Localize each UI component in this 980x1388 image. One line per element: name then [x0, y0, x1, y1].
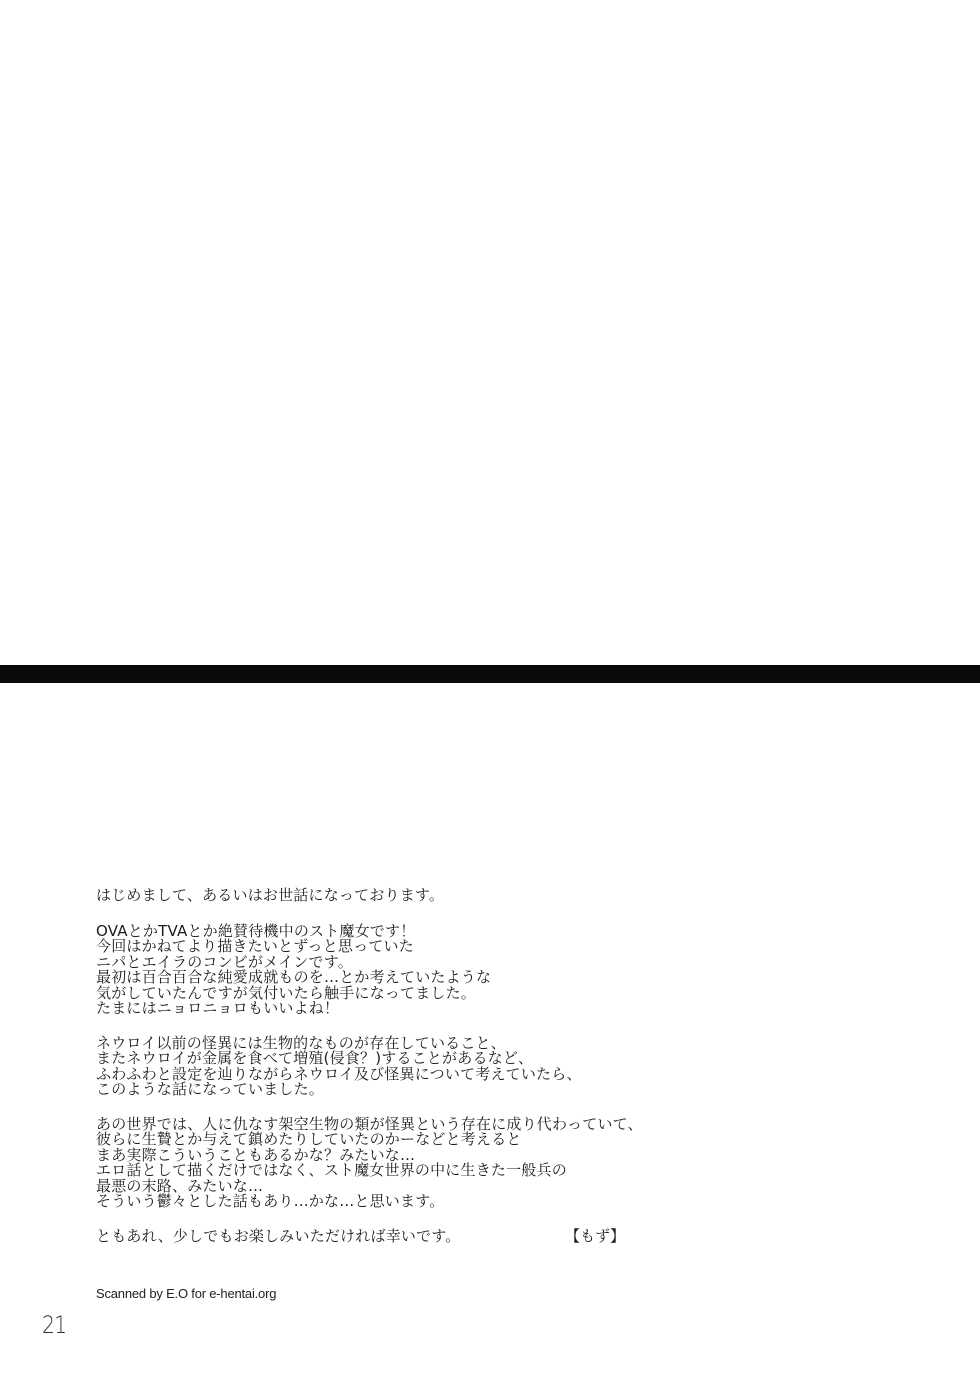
afterword-text-block: はじめまして、あるいはお世話になっております。 OVAとかTVAとか絶賛待機中の…: [96, 888, 856, 1247]
afterword-paragraph-intro: OVAとかTVAとか絶賛待機中のスト魔女です！ 今回はかねてより描きたいとずっと…: [96, 924, 856, 1017]
manga-page: はじめまして、あるいはお世話になっております。 OVAとかTVAとか絶賛待機中の…: [0, 0, 980, 1388]
afterword-paragraph-setting: ネウロイ以前の怪異には生物的なものが存在していること、 またネウロイが金属を食べ…: [96, 1036, 856, 1098]
afterword-paragraph-world: あの世界では、人に仇なす架空生物の類が怪異という存在に成り代わっていて、 彼らに…: [96, 1117, 856, 1210]
closing-line: ともあれ、少しでもお楽しみいただければ幸いです。: [96, 1229, 461, 1245]
scan-credit: Scanned by E.O for e-hentai.org: [96, 1287, 276, 1301]
text-line: はじめまして、あるいはお世話になっております。: [96, 888, 856, 904]
text-line: そういう鬱々とした話もあり…かな…と思います。: [96, 1194, 856, 1210]
text-line: たまにはニョロニョロもいいよね！: [96, 1001, 856, 1017]
black-divider-bar: [0, 665, 980, 683]
text-line: このような話になっていました。: [96, 1082, 856, 1098]
afterword-paragraph-greeting: はじめまして、あるいはお世話になっております。: [96, 888, 856, 904]
page-number: 21: [42, 1312, 66, 1338]
author-signature: 【もず】: [565, 1229, 625, 1245]
afterword-closing-row: ともあれ、少しでもお楽しみいただければ幸いです。 【もず】: [96, 1229, 856, 1247]
